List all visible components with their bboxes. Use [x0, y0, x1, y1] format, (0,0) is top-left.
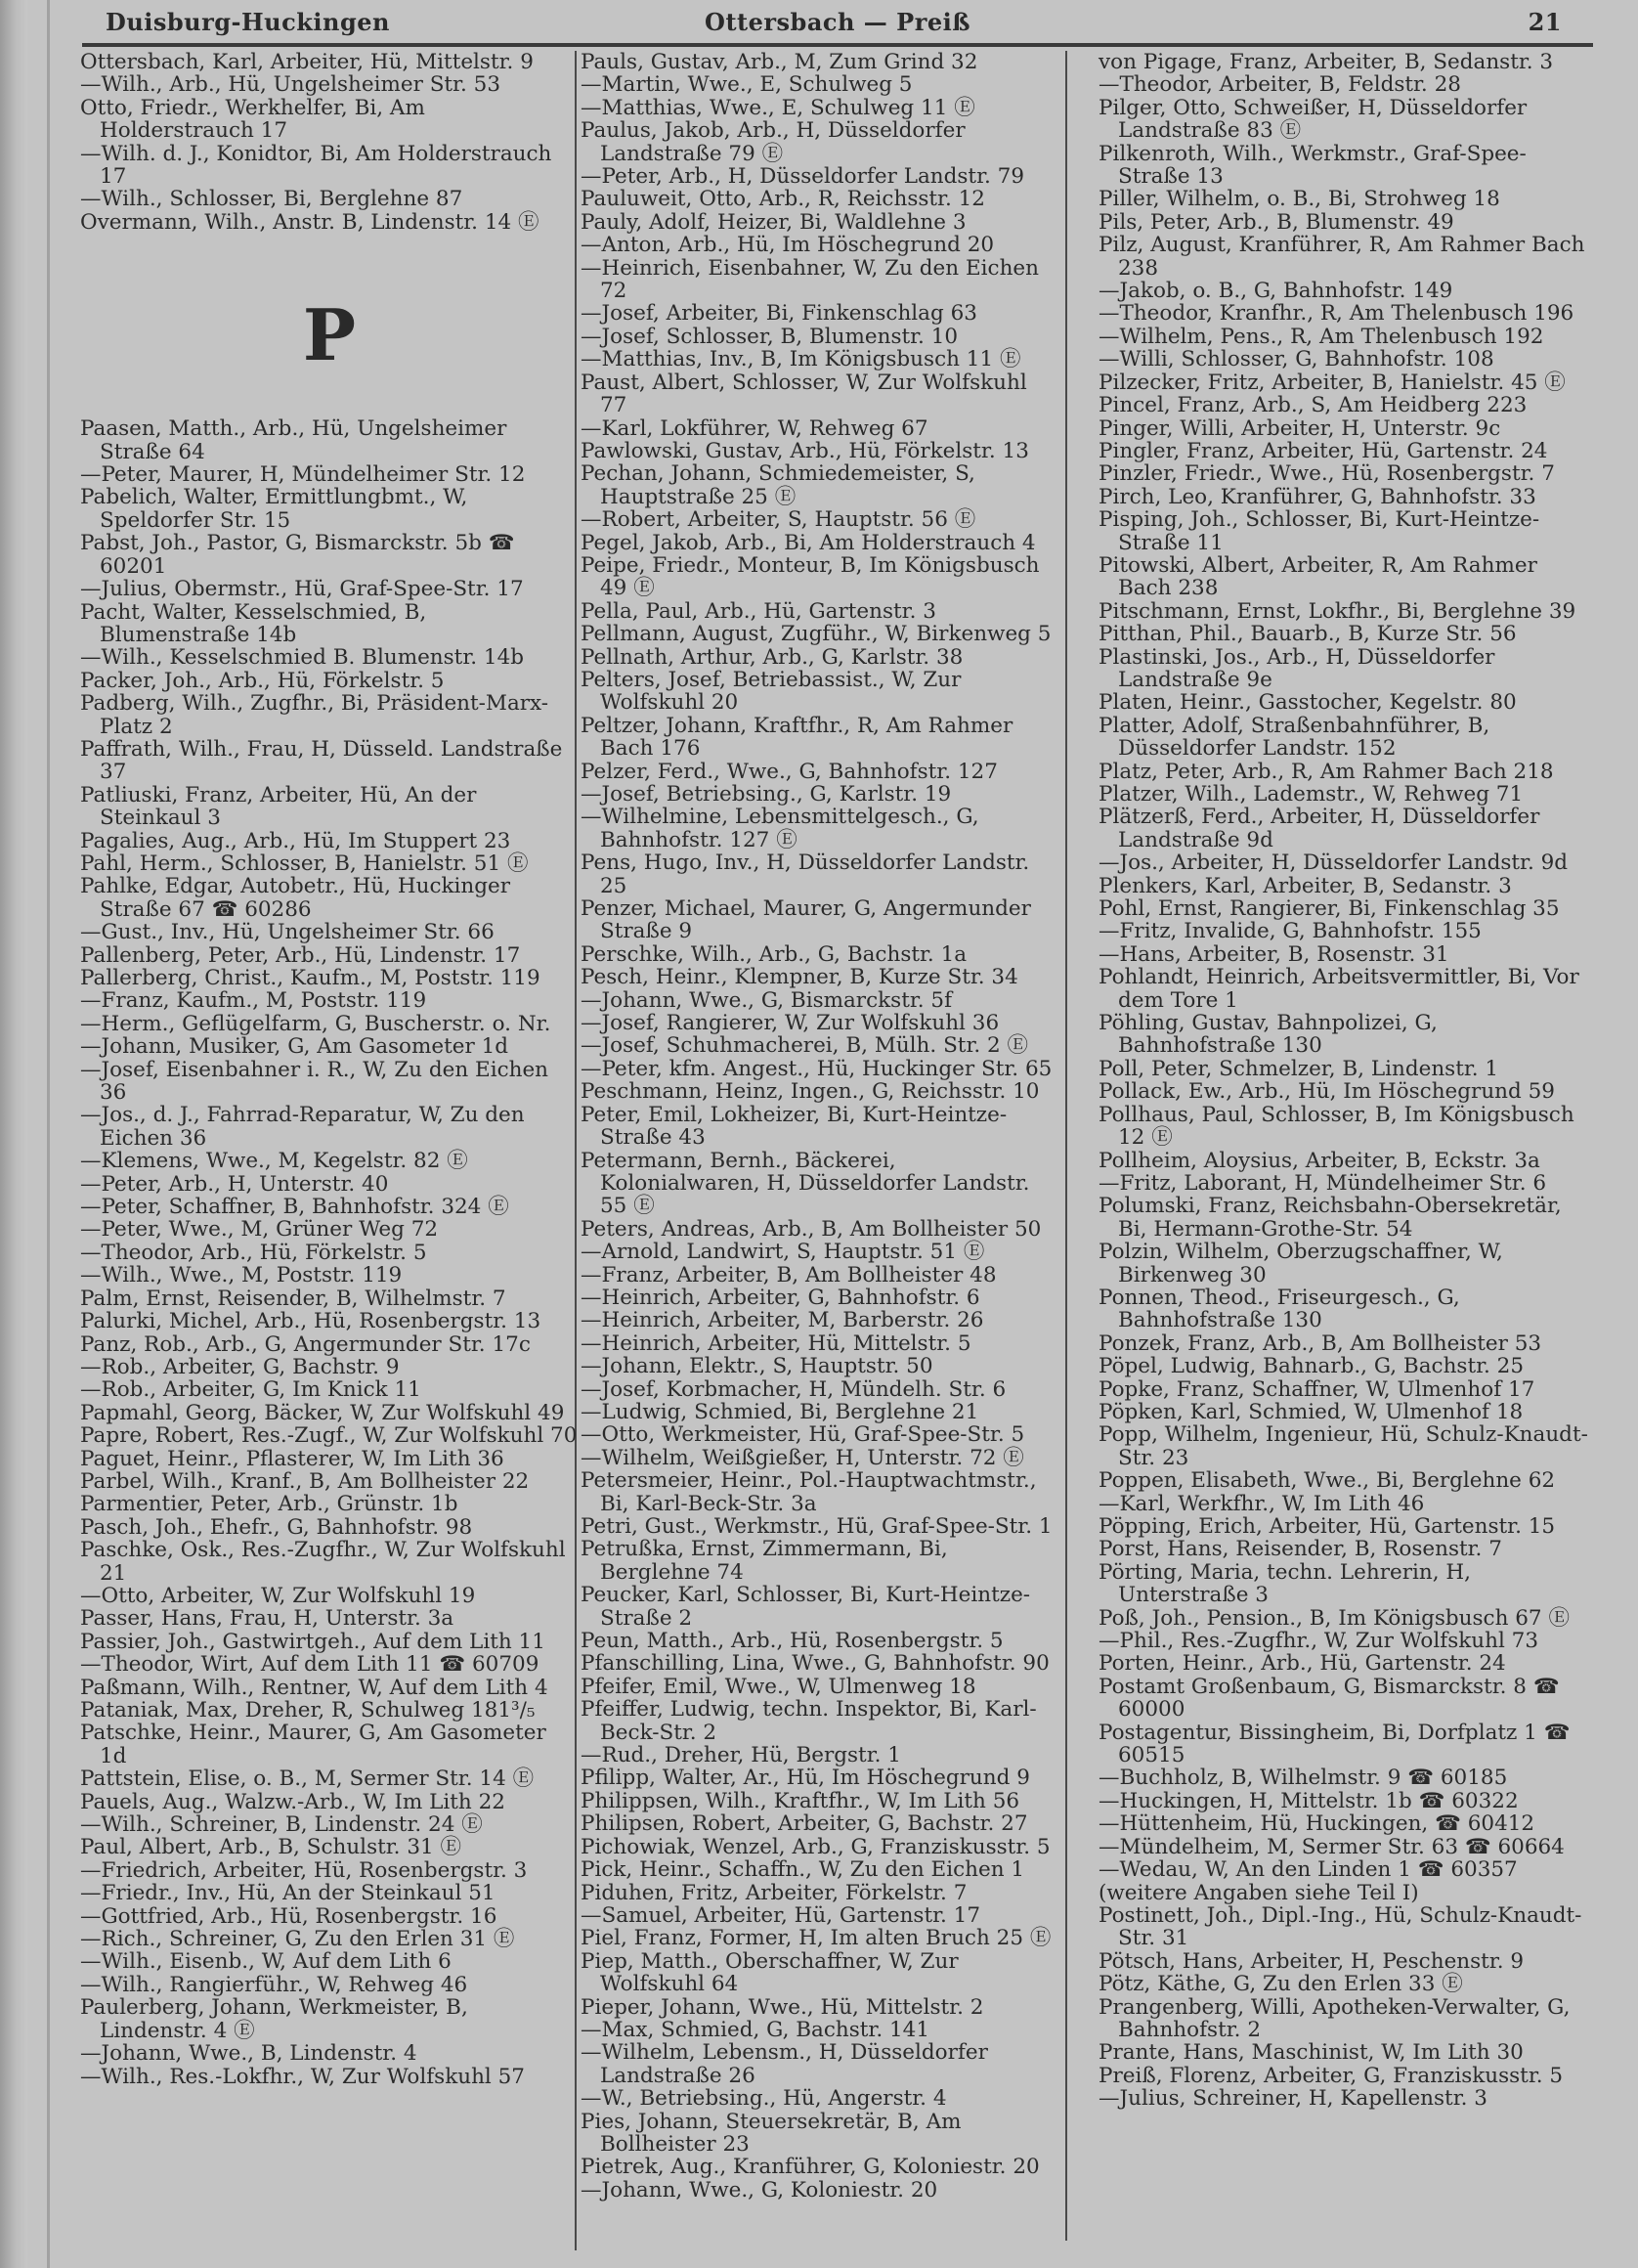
directory-entry: Pasch, Joh., Ehefr., G, Bahnhofstr. 98	[80, 1516, 579, 1539]
directory-entry: Poß, Joh., Pension., B, Im Königsbusch 6…	[1099, 1607, 1597, 1630]
directory-entry: Pöhling, Gustav, Bahnpolizei, G, Bahnhof…	[1099, 1012, 1597, 1058]
directory-entry: Paßmann, Wilh., Rentner, W, Auf dem Lith…	[80, 1677, 579, 1699]
entries-list: Paasen, Matth., Arb., Hü, Ungelsheimer S…	[80, 417, 579, 2088]
directory-entry: Prangenberg, Willi, Apotheken-Verwalter,…	[1099, 1996, 1597, 2042]
entries-list: von Pigage, Franz, Arbeiter, B, Sedanstr…	[1099, 51, 1597, 2111]
directory-entry: —Julius, Obermstr., Hü, Graf-Spee-Str. 1…	[80, 578, 579, 600]
directory-entry: Peipe, Friedr., Monteur, B, Im Königsbus…	[581, 554, 1059, 600]
directory-entry: Philipsen, Robert, Arbeiter, G, Bachstr.…	[581, 1812, 1059, 1835]
directory-entry: Pauels, Aug., Walzw.-Arb., W, Im Lith 22	[80, 1791, 579, 1813]
directory-entry: —Jos., Arbeiter, H, Düsseldorfer Landstr…	[1099, 851, 1597, 874]
directory-entry: Paffrath, Wilh., Frau, H, Düsseld. Lands…	[80, 738, 579, 784]
directory-entry: Paasen, Matth., Arb., Hü, Ungelsheimer S…	[80, 417, 579, 463]
directory-entry: Pabelich, Walter, Ermittlungbmt., W, Spe…	[80, 486, 579, 532]
directory-entry: Pötz, Käthe, G, Zu den Erlen 33 Ⓔ	[1099, 1973, 1597, 1995]
directory-entry: —Josef, Rangierer, W, Zur Wolfskuhl 36	[581, 1012, 1059, 1034]
directory-entry: Peun, Matth., Arb., Hü, Rosenbergstr. 5	[581, 1630, 1059, 1652]
directory-entry: —Josef, Eisenbahner i. R., W, Zu den Eic…	[80, 1059, 579, 1105]
directory-entry: —Julius, Schreiner, H, Kapellenstr. 3	[1099, 2087, 1597, 2110]
directory-entry: Parbel, Wilh., Kranf., B, Am Bollheister…	[80, 1470, 579, 1493]
column-2: Pauls, Gustav, Arb., M, Zum Grind 32—Mar…	[581, 51, 1059, 2268]
directory-entry: Pattstein, Elise, o. B., M, Sermer Str. …	[80, 1767, 579, 1790]
directory-entry: Parmentier, Peter, Arb., Grünstr. 1b	[80, 1493, 579, 1515]
directory-entry: Petermann, Bernh., Bäckerei, Kolonialwar…	[581, 1150, 1059, 1218]
directory-entry: —Johann, Wwe., B, Lindenstr. 4	[80, 2042, 579, 2065]
directory-entry: Pollack, Ew., Arb., Hü, Im Höschegrund 5…	[1099, 1080, 1597, 1103]
directory-entry: —Ludwig, Schmied, Bi, Berglehne 21	[581, 1401, 1059, 1423]
directory-entry: —Martin, Wwe., E, Schulweg 5	[581, 73, 1059, 96]
directory-entry: —Hüttenheim, Hü, Huckingen, ☎ 60412	[1099, 1812, 1597, 1835]
directory-entry: —Franz, Kaufm., M, Poststr. 119	[80, 989, 579, 1012]
directory-entry: Paust, Albert, Schlosser, W, Zur Wolfsku…	[581, 371, 1059, 417]
header-rule	[82, 43, 1593, 47]
directory-entry: Ponnen, Theod., Friseurgesch., G, Bahnho…	[1099, 1287, 1597, 1332]
directory-entry: Petri, Gust., Werkmstr., Hü, Graf-Spee-S…	[581, 1515, 1059, 1538]
directory-entry: —Peter, Arb., H, Unterstr. 40	[80, 1173, 579, 1196]
directory-entry: Pataniak, Max, Dreher, R, Schulweg 181³/…	[80, 1699, 579, 1722]
directory-entry: —Theodor, Arb., Hü, Förkelstr. 5	[80, 1242, 579, 1264]
directory-entry: Pawlowski, Gustav, Arb., Hü, Förkelstr. …	[581, 440, 1059, 462]
directory-entry: Pellnath, Arthur, Arb., G, Karlstr. 38	[581, 646, 1059, 669]
directory-entry: Passier, Joh., Gastwirtgeh., Auf dem Lit…	[80, 1631, 579, 1653]
directory-entry: —Arnold, Landwirt, S, Hauptstr. 51 Ⓔ	[581, 1241, 1059, 1263]
directory-entry: —Wilh., Arb., Hü, Ungelsheimer Str. 53	[80, 73, 579, 96]
directory-entry: Pollhaus, Paul, Schlosser, B, Im Königsb…	[1099, 1104, 1597, 1150]
directory-entry: —Wilh., Eisenb., W, Auf dem Lith 6	[80, 1950, 579, 1973]
directory-entry: Petersmeier, Heinr., Pol.-Hauptwachtmstr…	[581, 1469, 1059, 1515]
directory-entry: Pitowski, Albert, Arbeiter, R, Am Rahmer…	[1099, 554, 1597, 600]
directory-entry: —Huckingen, H, Mittelstr. 1b ☎ 60322	[1099, 1790, 1597, 1812]
directory-entry: —Rich., Schreiner, G, Zu den Erlen 31 Ⓔ	[80, 1928, 579, 1950]
directory-entry: —Willi, Schlosser, G, Bahnhofstr. 108	[1099, 348, 1597, 371]
directory-entry: Paul, Albert, Arb., B, Schulstr. 31 Ⓔ	[80, 1836, 579, 1858]
directory-entry: Piduhen, Fritz, Arbeiter, Förkelstr. 7	[581, 1882, 1059, 1904]
directory-entry: Pietrek, Aug., Kranführer, G, Koloniestr…	[581, 2156, 1059, 2178]
directory-entry: Pfeifer, Emil, Wwe., W, Ulmenweg 18	[581, 1676, 1059, 1698]
directory-entry: —Heinrich, Eisenbahner, W, Zu den Eichen…	[581, 257, 1059, 303]
directory-entry: Pilz, August, Kranführer, R, Am Rahmer B…	[1099, 234, 1597, 280]
directory-entry: Pauly, Adolf, Heizer, Bi, Waldlehne 3	[581, 211, 1059, 234]
directory-entry: Pens, Hugo, Inv., H, Düsseldorfer Landst…	[581, 851, 1059, 897]
column-divider	[1065, 51, 1067, 2241]
directory-entry: —Peter, Arb., H, Düsseldorfer Landstr. 7…	[581, 165, 1059, 188]
directory-entry: Pick, Heinr., Schaffn., W, Zu den Eichen…	[581, 1858, 1059, 1881]
directory-entry: Pils, Peter, Arb., B, Blumenstr. 49	[1099, 211, 1597, 234]
directory-entry: —Herm., Geflügelfarm, G, Buscherstr. o. …	[80, 1013, 579, 1035]
page-binding-edge	[0, 0, 27, 2268]
directory-entry: —Wilh. d. J., Konidtor, Bi, Am Holderstr…	[80, 143, 579, 189]
directory-entry: Peter, Emil, Lokheizer, Bi, Kurt-Heintze…	[581, 1104, 1059, 1150]
directory-entry: Pöpken, Karl, Schmied, W, Ulmenhof 18	[1099, 1401, 1597, 1423]
directory-entry: Pincel, Franz, Arb., S, Am Heidberg 223	[1099, 394, 1597, 416]
directory-entry: Piller, Wilhelm, o. B., Bi, Strohweg 18	[1099, 188, 1597, 210]
directory-entry: —Wilhelm, Weißgießer, H, Unterstr. 72 Ⓔ	[581, 1447, 1059, 1469]
directory-entry: —Josef, Arbeiter, Bi, Finkenschlag 63	[581, 302, 1059, 325]
directory-entry: —Robert, Arbeiter, S, Hauptstr. 56 Ⓔ	[581, 508, 1059, 531]
directory-entry: —Johann, Musiker, G, Am Gasometer 1d	[80, 1035, 579, 1058]
directory-entry: Postagentur, Bissingheim, Bi, Dorfplatz …	[1099, 1722, 1597, 1767]
directory-entry: —Johann, Wwe., G, Koloniestr. 20	[581, 2179, 1059, 2202]
page-fold-line	[47, 0, 50, 2268]
directory-entry: Platz, Peter, Arb., R, Am Rahmer Bach 21…	[1099, 761, 1597, 783]
directory-entry: Pichowiak, Wenzel, Arb., G, Franziskusst…	[581, 1836, 1059, 1858]
directory-entry: —Heinrich, Arbeiter, M, Barberstr. 26	[581, 1309, 1059, 1331]
directory-entry: —Josef, Korbmacher, H, Mündelh. Str. 6	[581, 1378, 1059, 1401]
directory-entry: Petrußka, Ernst, Zimmermann, Bi, Bergleh…	[581, 1538, 1059, 1584]
directory-entry: Pitthan, Phil., Bauarb., B, Kurze Str. 5…	[1099, 623, 1597, 645]
directory-entry: (weitere Angaben siehe Teil I)	[1099, 1882, 1597, 1904]
directory-entry: von Pigage, Franz, Arbeiter, B, Sedanstr…	[1099, 51, 1597, 73]
directory-entry: Papmahl, Georg, Bäcker, W, Zur Wolfskuhl…	[80, 1402, 579, 1424]
directory-entry: Platen, Heinr., Gasstocher, Kegelstr. 80	[1099, 691, 1597, 714]
directory-entry: Pisping, Joh., Schlosser, Bi, Kurt-Heint…	[1099, 508, 1597, 554]
directory-entry: —Theodor, Arbeiter, B, Feldstr. 28	[1099, 73, 1597, 96]
directory-entry: Panz, Rob., Arb., G, Angermunder Str. 17…	[80, 1333, 579, 1356]
directory-entry: —Josef, Schuhmacherei, B, Mülh. Str. 2 Ⓔ	[581, 1034, 1059, 1057]
directory-entry: —Heinrich, Arbeiter, Hü, Mittelstr. 5	[581, 1332, 1059, 1355]
directory-entry: —Peter, Wwe., M, Grüner Weg 72	[80, 1218, 579, 1241]
directory-entry: Pella, Paul, Arb., Hü, Gartenstr. 3	[581, 600, 1059, 623]
directory-entry: Pegel, Jakob, Arb., Bi, Am Holderstrauch…	[581, 532, 1059, 554]
directory-entry: —Jakob, o. B., G, Bahnhofstr. 149	[1099, 280, 1597, 302]
directory-entry: —Wilh., Schreiner, B, Lindenstr. 24 Ⓔ	[80, 1813, 579, 1836]
directory-entry: —Heinrich, Arbeiter, G, Bahnhofstr. 6	[581, 1287, 1059, 1309]
directory-entry: Pinger, Willi, Arbeiter, H, Unterstr. 9c	[1099, 417, 1597, 440]
directory-entry: Paguet, Heinr., Pflasterer, W, Im Lith 3…	[80, 1448, 579, 1470]
directory-entry: —Klemens, Wwe., M, Kegelstr. 82 Ⓔ	[80, 1150, 579, 1172]
directory-entry: —Max, Schmied, G, Bachstr. 141	[581, 2019, 1059, 2041]
directory-entry: —Matthias, Wwe., E, Schulweg 11 Ⓔ	[581, 97, 1059, 119]
directory-entry: —Wilhelm, Lebensm., H, Düsseldorfer Land…	[581, 2041, 1059, 2087]
directory-entry: Pechan, Johann, Schmiedemeister, S, Haup…	[581, 462, 1059, 508]
directory-entry: Pauluweit, Otto, Arb., R, Reichsstr. 12	[581, 188, 1059, 210]
directory-entry: Pahlke, Edgar, Autobetr., Hü, Huckinger …	[80, 875, 579, 921]
directory-entry: Paschke, Osk., Res.-Zugfhr., W, Zur Wolf…	[80, 1539, 579, 1585]
directory-entry: —Theodor, Kranfhr., R, Am Thelenbusch 19…	[1099, 302, 1597, 325]
directory-entry: Pinzler, Friedr., Wwe., Hü, Rosenbergstr…	[1099, 462, 1597, 485]
directory-entry: Pahl, Herm., Schlosser, B, Hanielstr. 51…	[80, 852, 579, 875]
directory-entry: Pellmann, August, Zugführ., W, Birkenweg…	[581, 623, 1059, 645]
directory-entry: —Rud., Dreher, Hü, Bergstr. 1	[581, 1744, 1059, 1766]
directory-entry: Patliuski, Franz, Arbeiter, Hü, An der S…	[80, 784, 579, 830]
directory-entry: Pohlandt, Heinrich, Arbeitsvermittler, B…	[1099, 966, 1597, 1012]
directory-entry: Peltzer, Johann, Kraftfhr., R, Am Rahmer…	[581, 715, 1059, 761]
directory-entry: Pauls, Gustav, Arb., M, Zum Grind 32	[581, 51, 1059, 73]
directory-entry: Pallenberg, Peter, Arb., Hü, Lindenstr. …	[80, 944, 579, 967]
directory-entry: Popp, Wilhelm, Ingenieur, Hü, Schulz-Kna…	[1099, 1423, 1597, 1469]
directory-entry: —Jos., d. J., Fahrrad-Reparatur, W, Zu d…	[80, 1104, 579, 1150]
directory-entry: Ottersbach, Karl, Arbeiter, Hü, Mittelst…	[80, 51, 579, 73]
directory-entry: Pesch, Heinr., Klempner, B, Kurze Str. 3…	[581, 966, 1059, 988]
directory-entry: —Peter, kfm. Angest., Hü, Huckinger Str.…	[581, 1058, 1059, 1080]
directory-entry: Paulerberg, Johann, Werkmeister, B, Lind…	[80, 1996, 579, 2042]
directory-entry: Palurki, Michel, Arb., Hü, Rosenbergstr.…	[80, 1310, 579, 1332]
directory-entry: Pohl, Ernst, Rangierer, Bi, Finkenschlag…	[1099, 897, 1597, 920]
directory-entry: Postamt Großenbaum, G, Bismarckstr. 8 ☎ …	[1099, 1676, 1597, 1722]
directory-entry: Pfanschilling, Lina, Wwe., G, Bahnhofstr…	[581, 1652, 1059, 1675]
directory-entry: Pabst, Joh., Pastor, G, Bismarckstr. 5b …	[80, 532, 579, 578]
column-1: Ottersbach, Karl, Arbeiter, Hü, Mittelst…	[80, 51, 579, 2268]
section-letter: P	[80, 296, 579, 374]
directory-entry: Papre, Robert, Res.-Zugf., W, Zur Wolfsk…	[80, 1424, 579, 1447]
directory-entry: —Rob., Arbeiter, G, Bachstr. 9	[80, 1356, 579, 1378]
directory-entry: Philippsen, Wilh., Kraftfhr., W, Im Lith…	[581, 1790, 1059, 1812]
directory-entry: —Johann, Elektr., S, Hauptstr. 50	[581, 1355, 1059, 1377]
directory-entry: —Wedau, W, An den Linden 1 ☎ 60357	[1099, 1858, 1597, 1881]
directory-entry: Poppen, Elisabeth, Wwe., Bi, Berglehne 6…	[1099, 1469, 1597, 1492]
directory-entry: Platter, Adolf, Straßenbahnführer, B, Dü…	[1099, 715, 1597, 761]
directory-entry: Pingler, Franz, Arbeiter, Hü, Gartenstr.…	[1099, 440, 1597, 462]
entries-before-letter: Ottersbach, Karl, Arbeiter, Hü, Mittelst…	[80, 51, 579, 234]
directory-entry: Otto, Friedr., Werkhelfer, Bi, Am Holder…	[80, 97, 579, 143]
directory-entry: —Franz, Arbeiter, B, Am Bollheister 48	[581, 1264, 1059, 1287]
directory-entry: Polzin, Wilhelm, Oberzugschaffner, W, Bi…	[1099, 1241, 1597, 1287]
directory-entry: —Matthias, Inv., B, Im Königsbusch 11 Ⓔ	[581, 348, 1059, 371]
directory-entry: —Josef, Schlosser, B, Blumenstr. 10	[581, 326, 1059, 348]
directory-entry: Pöpel, Ludwig, Bahnarb., G, Bachstr. 25	[1099, 1355, 1597, 1377]
directory-entry: —Josef, Betriebsing., G, Karlstr. 19	[581, 783, 1059, 806]
directory-entry: —Hans, Arbeiter, B, Rosenstr. 31	[1099, 943, 1597, 966]
directory-entry: Pfilipp, Walter, Ar., Hü, Im Höschegrund…	[581, 1766, 1059, 1789]
directory-entry: Padberg, Wilh., Zugfhr., Bi, Präsident-M…	[80, 692, 579, 738]
directory-entry: Patschke, Heinr., Maurer, G, Am Gasomete…	[80, 1722, 579, 1767]
directory-entry: Piel, Franz, Former, H, Im alten Bruch 2…	[581, 1927, 1059, 1949]
directory-entry: —Peter, Maurer, H, Mündelheimer Str. 12	[80, 463, 579, 486]
directory-entry: —Gust., Inv., Hü, Ungelsheimer Str. 66	[80, 921, 579, 943]
directory-entry: —Otto, Werkmeister, Hü, Graf-Spee-Str. 5	[581, 1423, 1059, 1446]
directory-entry: —Karl, Lokführer, W, Rehweg 67	[581, 417, 1059, 440]
directory-entry: Ponzek, Franz, Arb., B, Am Bollheister 5…	[1099, 1332, 1597, 1355]
directory-entry: Platzer, Wilh., Lademstr., W, Rehweg 71	[1099, 783, 1597, 806]
directory-entry: Polumski, Franz, Reichsbahn-Obersekretär…	[1099, 1195, 1597, 1241]
directory-entry: —Friedr., Inv., Hü, An der Steinkaul 51	[80, 1882, 579, 1904]
directory-entry: —Wilhelm, Pens., R, Am Thelenbusch 192	[1099, 326, 1597, 348]
directory-entry: —Otto, Arbeiter, W, Zur Wolfskuhl 19	[80, 1585, 579, 1607]
entries-list: Pauls, Gustav, Arb., M, Zum Grind 32—Mar…	[581, 51, 1059, 2202]
directory-entry: Perschke, Wilh., Arb., G, Bachstr. 1a	[581, 943, 1059, 966]
directory-entry: Pilkenroth, Wilh., Werkmstr., Graf-Spee-…	[1099, 143, 1597, 189]
directory-entry: Packer, Joh., Arb., Hü, Förkelstr. 5	[80, 670, 579, 692]
directory-entry: Postinett, Joh., Dipl.-Ing., Hü, Schulz-…	[1099, 1904, 1597, 1950]
directory-entry: Plätzerß, Ferd., Arbeiter, H, Düsseldorf…	[1099, 806, 1597, 851]
directory-entry: —W., Betriebsing., Hü, Angerstr. 4	[581, 2087, 1059, 2110]
directory-entry: Pagalies, Aug., Arb., Hü, Im Stuppert 23	[80, 830, 579, 852]
directory-entry: Pilger, Otto, Schweißer, H, Düsseldorfer…	[1099, 97, 1597, 143]
directory-entry: Pitschmann, Ernst, Lokfhr., Bi, Berglehn…	[1099, 600, 1597, 623]
directory-entry: —Wilh., Kesselschmied B. Blumenstr. 14b	[80, 646, 579, 669]
directory-entry: Piep, Matth., Oberschaffner, W, Zur Wolf…	[581, 1950, 1059, 1996]
directory-entry: —Wilh., Wwe., M, Poststr. 119	[80, 1264, 579, 1287]
directory-entry: Porten, Heinr., Arb., Hü, Gartenstr. 24	[1099, 1652, 1597, 1675]
directory-entry: Peucker, Karl, Schlosser, Bi, Kurt-Heint…	[581, 1584, 1059, 1630]
directory-entry: Preiß, Florenz, Arbeiter, G, Franziskuss…	[1099, 2065, 1597, 2087]
directory-entry: —Phil., Res.-Zugfhr., W, Zur Wolfskuhl 7…	[1099, 1630, 1597, 1652]
directory-entry: Pöpping, Erich, Arbeiter, Hü, Gartenstr.…	[1099, 1515, 1597, 1538]
directory-entry: Poll, Peter, Schmelzer, B, Lindenstr. 1	[1099, 1058, 1597, 1080]
directory-entry: Paulus, Jakob, Arb., H, Düsseldorfer Lan…	[581, 119, 1059, 165]
directory-entry: —Johann, Wwe., G, Bismarckstr. 5f	[581, 989, 1059, 1012]
directory-entry: —Mündelheim, M, Sermer Str. 63 ☎ 60664	[1099, 1836, 1597, 1858]
directory-entry: —Friedrich, Arbeiter, Hü, Rosenbergstr. …	[80, 1859, 579, 1882]
directory-entry: Plenkers, Karl, Arbeiter, B, Sedanstr. 3	[1099, 875, 1597, 897]
directory-entry: Passer, Hans, Frau, H, Unterstr. 3a	[80, 1607, 579, 1630]
directory-entry: Pies, Johann, Steuersekretär, B, Am Boll…	[581, 2111, 1059, 2157]
directory-entry: Pelters, Josef, Betriebassist., W, Zur W…	[581, 669, 1059, 715]
directory-entry: Pfeiffer, Ludwig, techn. Inspektor, Bi, …	[581, 1698, 1059, 1744]
column-3: von Pigage, Franz, Arbeiter, B, Sedanstr…	[1099, 51, 1597, 2268]
directory-entry: —Fritz, Invalide, G, Bahnhofstr. 155	[1099, 920, 1597, 942]
directory-entry: —Karl, Werkfhr., W, Im Lith 46	[1099, 1493, 1597, 1515]
directory-entry: Pötsch, Hans, Arbeiter, H, Peschenstr. 9	[1099, 1950, 1597, 1973]
directory-entry: Pilzecker, Fritz, Arbeiter, B, Hanielstr…	[1099, 371, 1597, 394]
directory-entry: Prante, Hans, Maschinist, W, Im Lith 30	[1099, 2041, 1597, 2064]
header-range: Ottersbach — Preiß	[82, 8, 1593, 36]
directory-entry: —Peter, Schaffner, B, Bahnhofstr. 324 Ⓔ	[80, 1196, 579, 1218]
directory-entry: Palm, Ernst, Reisender, B, Wilhelmstr. 7	[80, 1287, 579, 1310]
directory-entry: Pallerberg, Christ., Kaufm., M, Poststr.…	[80, 967, 579, 989]
directory-entry: —Rob., Arbeiter, G, Im Knick 11	[80, 1378, 579, 1401]
directory-entry: —Samuel, Arbeiter, Hü, Gartenstr. 17	[581, 1904, 1059, 1927]
directory-entry: Overmann, Wilh., Anstr. B, Lindenstr. 14…	[80, 211, 579, 234]
directory-entry: Peschmann, Heinz, Ingen., G, Reichsstr. …	[581, 1080, 1059, 1103]
directory-entry: Penzer, Michael, Maurer, G, Angermunder …	[581, 897, 1059, 943]
directory-entry: —Gottfried, Arb., Hü, Rosenbergstr. 16	[80, 1905, 579, 1928]
directory-entry: —Buchholz, B, Wilhelmstr. 9 ☎ 60185	[1099, 1766, 1597, 1789]
directory-entry: Porst, Hans, Reisender, B, Rosenstr. 7	[1099, 1538, 1597, 1560]
directory-entry: —Wilhelmine, Lebensmittelgesch., G, Bahn…	[581, 806, 1059, 851]
directory-entry: —Wilh., Schlosser, Bi, Berglehne 87	[80, 188, 579, 210]
directory-entry: Pacht, Walter, Kesselschmied, B, Blumens…	[80, 601, 579, 647]
directory-entry: —Anton, Arb., Hü, Im Höschegrund 20	[581, 234, 1059, 256]
page-number: 21	[1529, 8, 1562, 36]
directory-entry: Pörting, Maria, techn. Lehrerin, H, Unte…	[1099, 1561, 1597, 1607]
directory-entry: —Wilh., Rangierführ., W, Rehweg 46	[80, 1974, 579, 1996]
directory-entry: —Theodor, Wirt, Auf dem Lith 11 ☎ 60709	[80, 1653, 579, 1676]
page-header: Duisburg-Huckingen Ottersbach — Preiß 21	[82, 0, 1593, 45]
directory-entry: Popke, Franz, Schaffner, W, Ulmenhof 17	[1099, 1378, 1597, 1401]
directory-entry: —Wilh., Res.-Lokfhr., W, Zur Wolfskuhl 5…	[80, 2066, 579, 2088]
directory-entry: Peters, Andreas, Arb., B, Am Bollheister…	[581, 1218, 1059, 1241]
directory-entry: Pollheim, Aloysius, Arbeiter, B, Eckstr.…	[1099, 1150, 1597, 1172]
directory-entry: Pelzer, Ferd., Wwe., G, Bahnhofstr. 127	[581, 761, 1059, 783]
directory-entry: —Fritz, Laborant, H, Mündelheimer Str. 6	[1099, 1172, 1597, 1195]
directory-entry: Pieper, Johann, Wwe., Hü, Mittelstr. 2	[581, 1996, 1059, 2019]
directory-entry: Pirch, Leo, Kranführer, G, Bahnhofstr. 3…	[1099, 486, 1597, 508]
directory-entry: Plastinski, Jos., Arb., H, Düsseldorfer …	[1099, 646, 1597, 692]
